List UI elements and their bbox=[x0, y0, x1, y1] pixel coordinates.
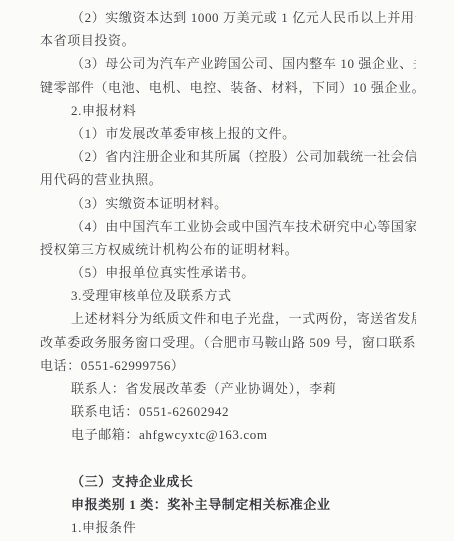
text-line-capital-requirement: （2）实缴资本达到 1000 万美元或 1 亿元人民币以上并用于 bbox=[40, 6, 416, 29]
text-line-material-2: （2）省内注册企业和其所属（控股）公司加载统一社会信 bbox=[40, 145, 416, 168]
blank-line bbox=[40, 447, 416, 470]
text-line-contact-person: 联系人：省发展改革委（产业协调处），李莉 bbox=[40, 377, 416, 400]
text-line-material-4: （4）由中国汽车工业协会或中国汽车技术研究中心等国家 bbox=[40, 215, 416, 238]
text-line-material-1: （1）市发展改革委审核上报的文件。 bbox=[40, 122, 416, 145]
text-line-conditions-heading: 1.申报条件 bbox=[40, 516, 416, 539]
text-line-contact-email: 电子邮箱：ahfgwcyxtc@163.com bbox=[40, 423, 416, 446]
text-line-contact-phone: 联系电话：0551-62602942 bbox=[40, 400, 416, 423]
text-line-material-4-cont: 授权第三方权威统计机构公布的证明材料。 bbox=[40, 238, 416, 261]
text-line-submission-address: 改革委政务服务窗口受理。（合肥市马鞍山路 509 号，窗口联系 bbox=[40, 331, 416, 354]
text-line-acceptance-heading: 3.受理审核单位及联系方式 bbox=[40, 284, 416, 307]
text-line-materials-heading: 2.申报材料 bbox=[40, 99, 416, 122]
section-heading-enterprise-growth: （三）支持企业成长 bbox=[40, 470, 416, 493]
text-line-parent-company-cont: 键零部件（电池、电机、电控、装备、材料，下同）10 强企业。 bbox=[40, 76, 416, 99]
category-heading-standards: 申报类别 1 类：奖补主导制定相关标准企业 bbox=[40, 493, 416, 516]
text-line-material-2-cont: 用代码的营业执照。 bbox=[40, 168, 416, 191]
text-line-submission: 上述材料分为纸质文件和电子光盘，一式两份，寄送省发展 bbox=[40, 307, 416, 330]
text-line-window-phone: 电话：0551-62999756） bbox=[40, 354, 416, 377]
text-line-material-5: （5）申报单位真实性承诺书。 bbox=[40, 261, 416, 284]
text-line-material-3: （3）实缴资本证明材料。 bbox=[40, 192, 416, 215]
document-page: （2）实缴资本达到 1000 万美元或 1 亿元人民币以上并用于 本省项目投资。… bbox=[0, 0, 454, 541]
text-line-capital-requirement-cont: 本省项目投资。 bbox=[40, 29, 416, 52]
text-line-parent-company: （3）母公司为汽车产业跨国公司、国内整车 10 强企业、关 bbox=[40, 52, 416, 75]
